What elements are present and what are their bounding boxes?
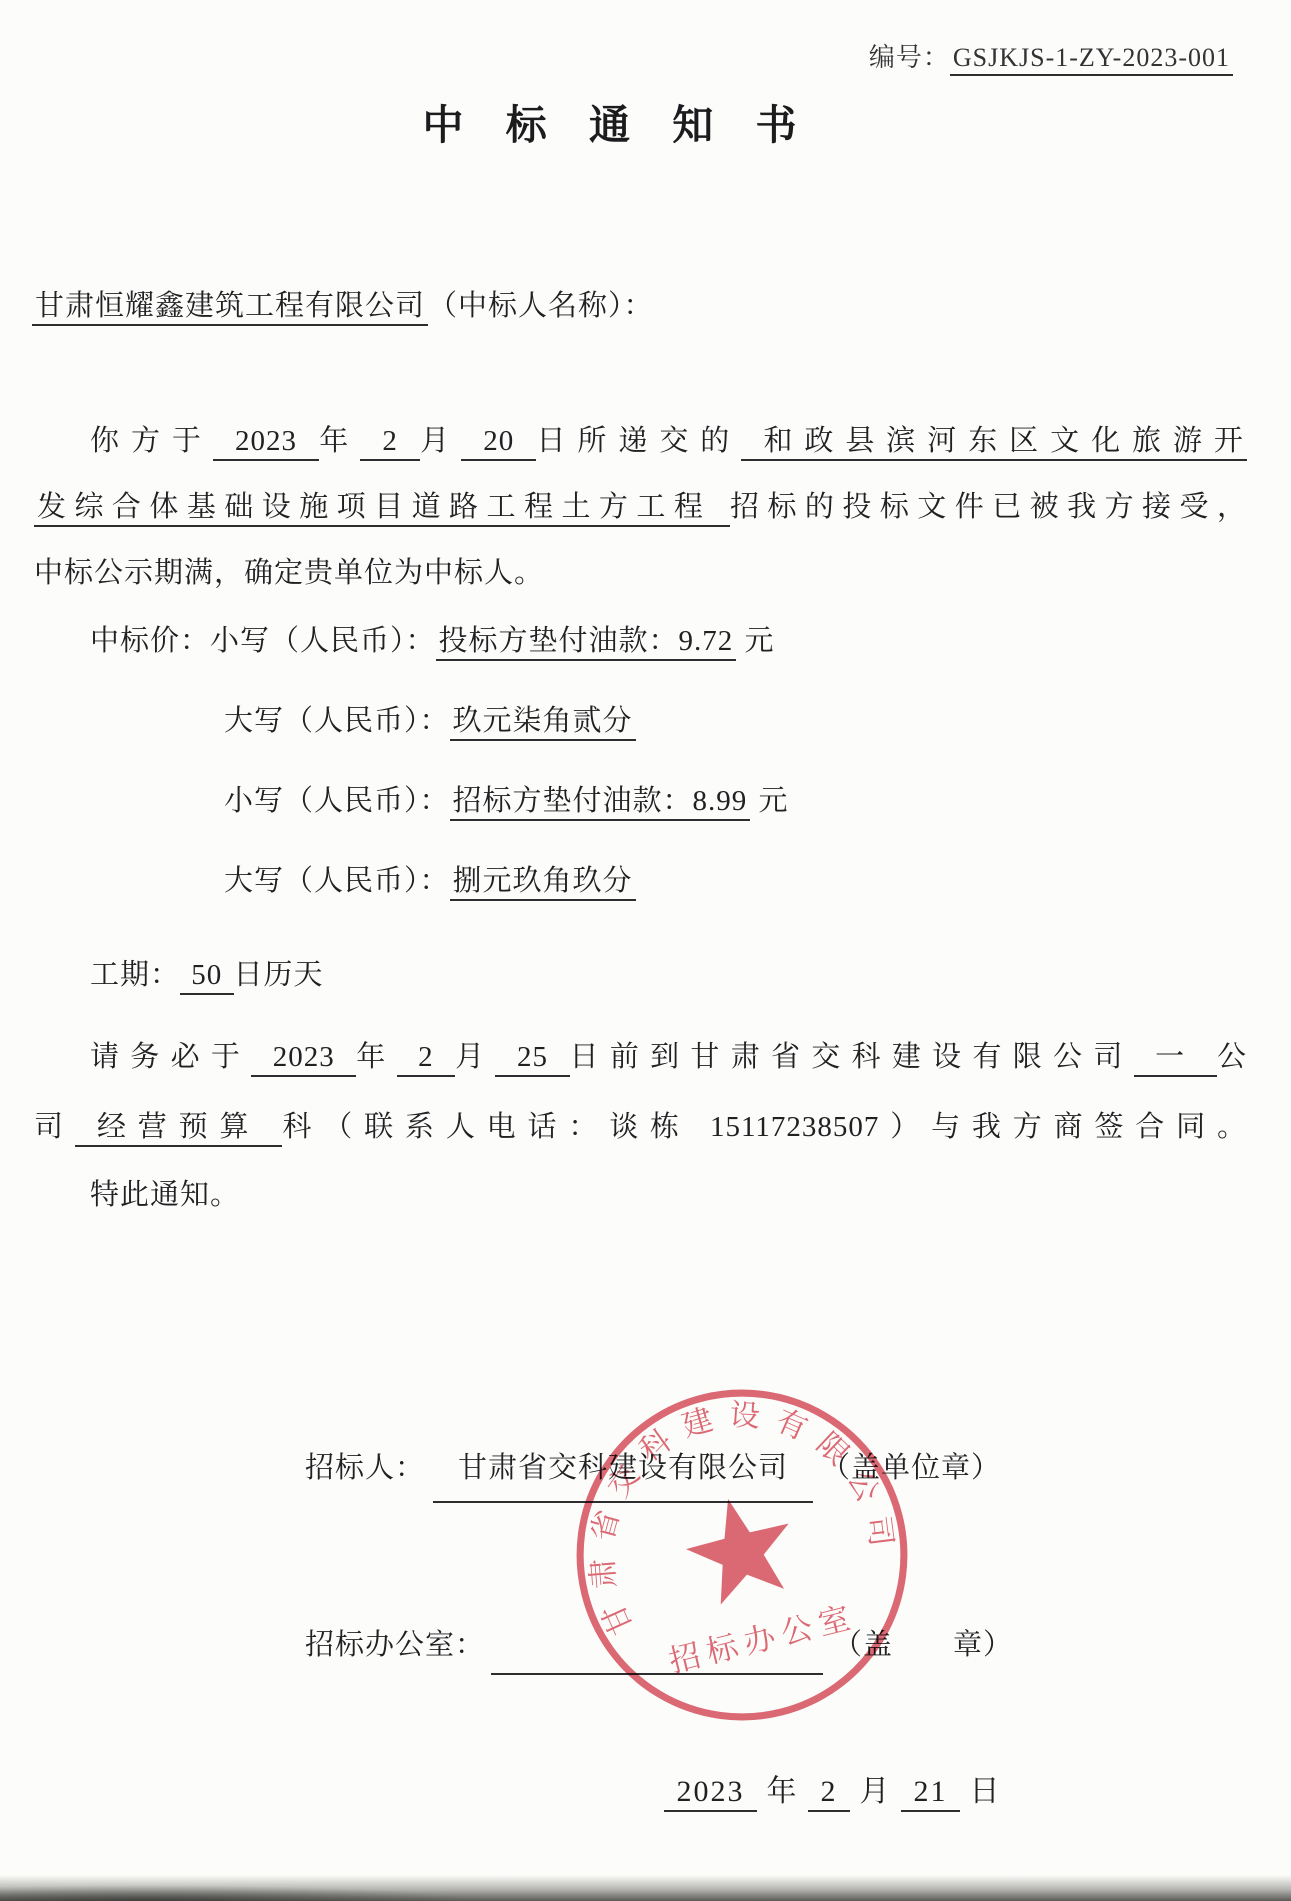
text-segment: 公 <box>1217 1041 1247 1073</box>
office-label: 招标办公室： <box>305 1629 485 1661</box>
office-row: 招标办公室：（盖 章） <box>305 1615 1013 1675</box>
price-line: 小写（人民币）：招标方垫付油款：8.99 元 <box>34 772 1247 852</box>
text-segment: 日前到甘肃省交科建设有限公司 <box>570 1041 1134 1073</box>
text-segment: 发综合体基础设施项目道路工程土方工程 <box>34 491 730 527</box>
text-segment: 小写（人民币）： <box>224 785 450 817</box>
award-notice-document: 编号：GSJKJS-1-ZY-2023-001 中 标 通 知 书 甘肃恒耀鑫建… <box>0 0 1291 1901</box>
text-segment: 日 <box>960 1775 1002 1808</box>
text-segment: 月 <box>850 1775 901 1808</box>
bidder-seal-note: （盖单位章） <box>821 1452 1001 1484</box>
doc-number-label: 编号： <box>869 43 950 72</box>
text-segment: 月 <box>420 425 461 457</box>
text-segment: 科（联系人电话：谈栋 15117238507）与我方商签合同。 <box>282 1111 1247 1143</box>
text-segment: 21 <box>901 1775 960 1812</box>
text-segment: 投标方垫付油款：9.72 <box>436 625 737 661</box>
price-block: 中标价：小写（人民币）：投标方垫付油款：9.72 元 大写（人民币）：玖元柒角贰… <box>34 612 1247 932</box>
text-segment: 司 <box>34 1111 75 1143</box>
text-segment: 元 <box>750 785 788 817</box>
text-segment: 日历天 <box>234 959 324 991</box>
text-segment: 25 <box>495 1041 569 1077</box>
text-segment: 中标公示期满，确定贵单位为中标人。 <box>34 557 544 589</box>
text-segment: （中标人名称）： <box>428 290 654 322</box>
company-seal-stamp: 甘肃省交科建设有限公司 招标办公室 <box>533 1346 950 1763</box>
text-segment: 2 <box>808 1775 850 1812</box>
paragraph-line: 请务必于 2023 年 2 月 25 日前到甘肃省交科建设有限公司 一 公 <box>34 1022 1247 1092</box>
text-segment: 工期： <box>90 959 180 991</box>
text-segment: 你方于 <box>90 425 213 457</box>
bidder-row: 招标人：甘肃省交科建设有限公司（盖单位章） <box>305 1438 1001 1503</box>
text-segment: 2023 <box>251 1041 356 1077</box>
text-segment: 招标的投标文件已被我方接受， <box>730 491 1247 523</box>
duration-line: 工期： 50 日历天 <box>34 944 1247 1006</box>
star-icon <box>677 1486 804 1609</box>
addressee-line: 甘肃恒耀鑫建筑工程有限公司（中标人名称）： <box>32 276 1247 336</box>
text-segment: 2023 <box>213 425 319 461</box>
text-segment: 日所递交的 <box>536 425 741 457</box>
scan-edge-smudge <box>0 1885 480 1901</box>
page-title: 中 标 通 知 书 <box>0 94 1235 156</box>
text-segment: 请务必于 <box>90 1041 251 1073</box>
text-segment: 年 <box>757 1775 808 1808</box>
text-segment: 和政县滨河东区文化旅游开 <box>741 425 1247 461</box>
text-segment: 玖元柒角贰分 <box>450 705 636 741</box>
price-line: 中标价：小写（人民币）：投标方垫付油款：9.72 元 <box>34 612 1247 692</box>
paragraph-line: 你方于 2023 年 2 月 20 日所递交的 和政县滨河东区文化旅游开 <box>34 408 1247 474</box>
doc-number-value: GSJKJS-1-ZY-2023-001 <box>950 43 1233 76</box>
stamp-company-arc: 甘肃省交科建设有限公司 <box>551 1365 908 1642</box>
paragraph-line: 司 经营预算 科（联系人电话：谈栋 15117238507）与我方商签合同。 <box>34 1092 1247 1162</box>
text-segment: 中标价：小写（人民币）： <box>90 625 436 657</box>
text-segment: 甘肃恒耀鑫建筑工程有限公司 <box>32 290 428 326</box>
office-seal-note: （盖 章） <box>833 1629 1013 1661</box>
text-segment: 大写（人民币）： <box>224 705 450 737</box>
text-segment: 一 <box>1134 1041 1217 1077</box>
text-segment: 2 <box>360 425 420 461</box>
doc-number: 编号：GSJKJS-1-ZY-2023-001 <box>869 34 1233 82</box>
body-paragraph-2: 请务必于 2023 年 2 月 25 日前到甘肃省交科建设有限公司 一 公 司 … <box>34 1022 1247 1162</box>
text-segment: 大写（人民币）： <box>224 865 450 897</box>
text-segment: 年 <box>356 1041 396 1073</box>
text-segment: 2 <box>397 1041 456 1077</box>
date-line: 2023 年 2 月 21 日 <box>664 1762 1002 1822</box>
price-line: 大写（人民币）：捌元玖角玖分 <box>34 852 1247 932</box>
text-segment: 月 <box>455 1041 495 1073</box>
paragraph-line: 中标公示期满，确定贵单位为中标人。 <box>34 540 1247 606</box>
closing-line: 特此通知。 <box>34 1162 1247 1228</box>
text-segment: 50 <box>180 959 234 995</box>
bidder-label: 招标人： <box>305 1452 425 1484</box>
stamp-ring <box>546 1359 938 1751</box>
text-segment: 元 <box>736 625 774 657</box>
text-segment: 捌元玖角玖分 <box>450 865 636 901</box>
text-segment: 经营预算 <box>75 1111 283 1147</box>
text-segment: 20 <box>461 425 536 461</box>
text-segment: 招标方垫付油款：8.99 <box>450 785 751 821</box>
bidder-name: 甘肃省交科建设有限公司 <box>433 1438 813 1503</box>
price-line: 大写（人民币）：玖元柒角贰分 <box>34 692 1247 772</box>
text-segment: 2023 <box>664 1775 757 1812</box>
office-signature-blank <box>491 1633 823 1675</box>
paragraph-line: 发综合体基础设施项目道路工程土方工程 招标的投标文件已被我方接受， <box>34 474 1247 540</box>
body-paragraph-1: 你方于 2023 年 2 月 20 日所递交的 和政县滨河东区文化旅游开 发综合… <box>34 408 1247 606</box>
text-segment: 年 <box>319 425 360 457</box>
